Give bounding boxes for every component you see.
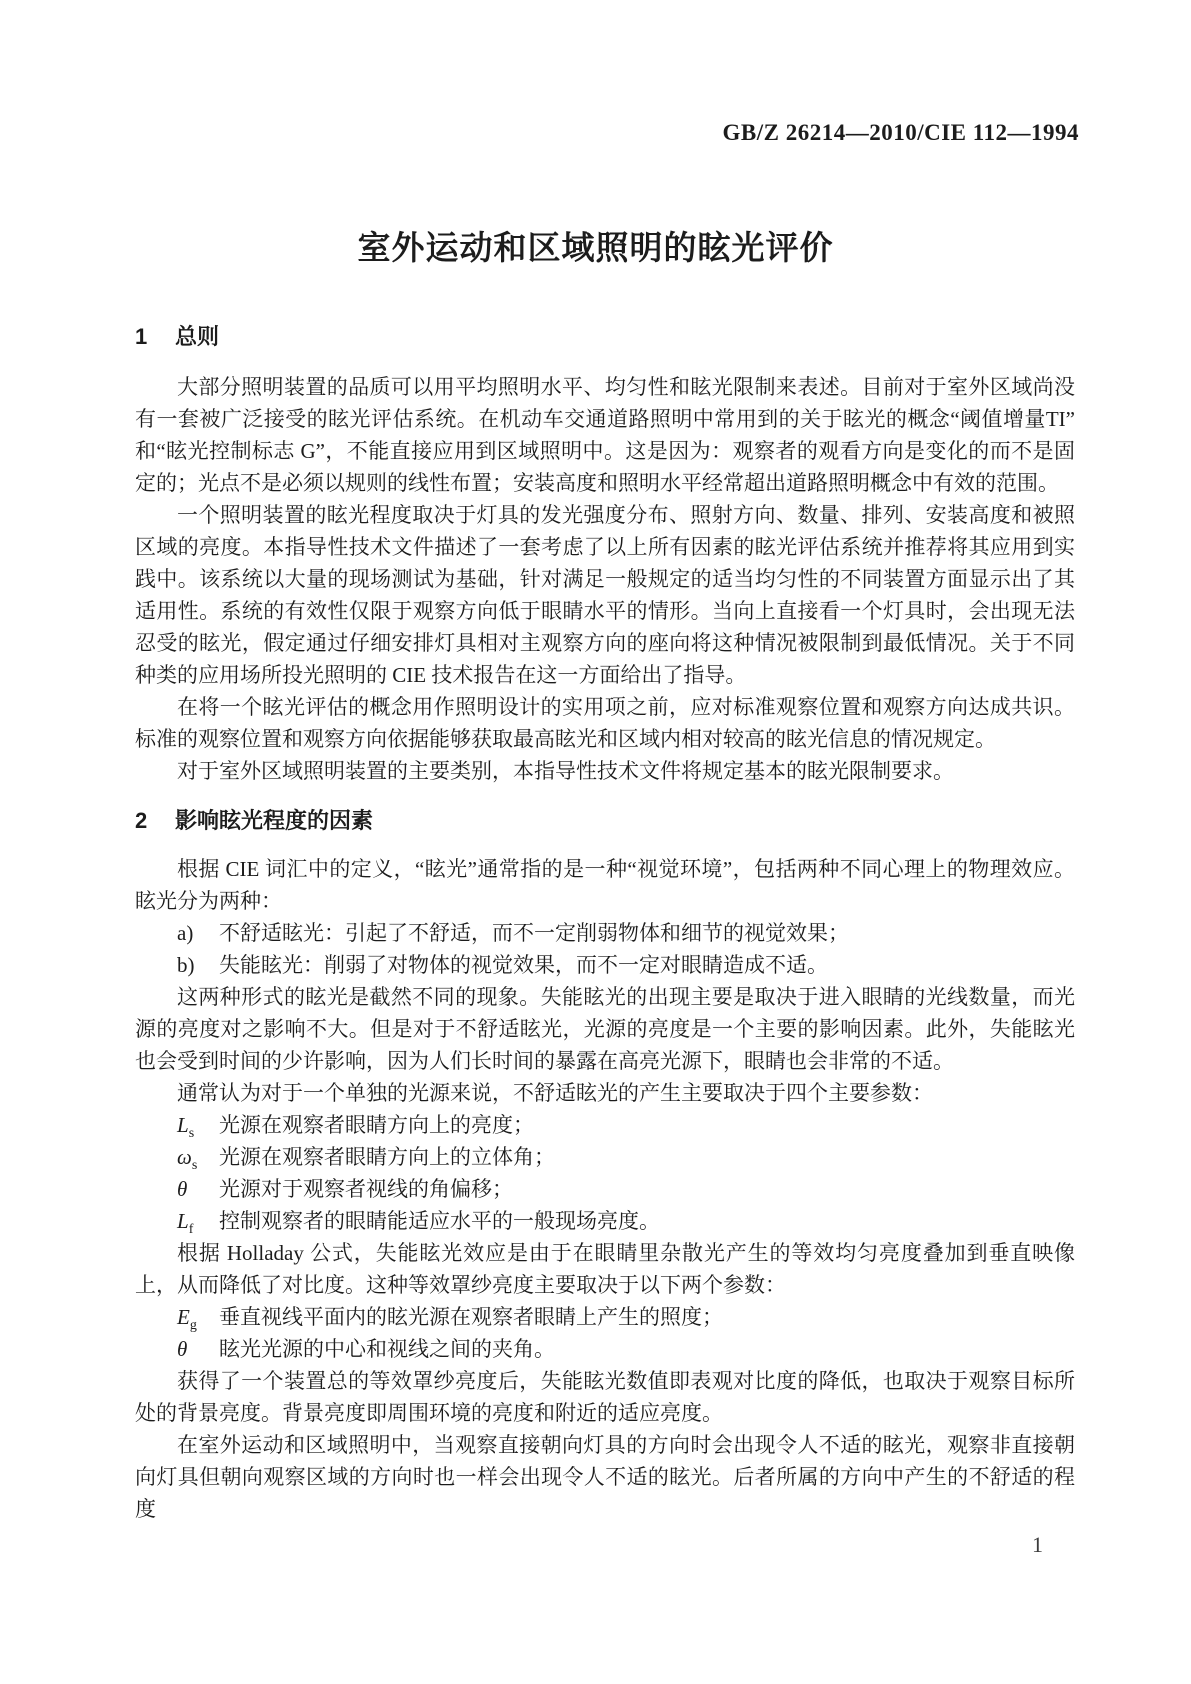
section-2-heading: 2影响眩光程度的因素 [135,805,1075,837]
param-illuminance-definition: 垂直视线平面内的眩光源在观察者眼睛上产生的照度； [219,1301,1075,1333]
glare-type-label-b: b) [177,949,219,981]
symbol-Ls: Ls [177,1109,219,1141]
param-angular-offset-definition: 光源对于观察者视线的角偏移； [219,1173,1075,1205]
paragraph-consensus: 在将一个眩光评估的概念用作照明设计的实用项之前，应对标准观察位置和观察方向达成共… [135,691,1075,755]
glare-type-text-b: 失能眩光：削弱了对物体的视觉效果，而不一定对眼睛造成不适。 [219,949,1075,981]
document-page: GB/Z 26214—2010/CIE 112—1994 室外运动和区域照明的眩… [0,0,1191,1684]
paragraph-contrast: 获得了一个装置总的等效罩纱亮度后，失能眩光数值即表观对比度的降低，也取决于观察目… [135,1365,1075,1429]
section-2-number: 2 [135,805,149,837]
param-glare-angle-definition: 眩光光源的中心和视线之间的夹角。 [219,1333,1075,1365]
param-solid-angle: ωs 光源在观察者眼睛方向上的立体角； [135,1141,1075,1173]
glare-type-text-a: 不舒适眩光：引起了不舒适，而不一定削弱物体和细节的视觉效果； [219,917,1075,949]
symbol-theta: θ [177,1173,219,1205]
symbol-Eg: Eg [177,1301,219,1333]
section-2-title: 影响眩光程度的因素 [175,808,373,833]
paragraph-quality: 大部分照明装置的品质可以用平均照明水平、均匀性和眩光限制来表述。目前对于室外区域… [135,371,1075,499]
glare-type-item-b: b) 失能眩光：削弱了对物体的视觉效果，而不一定对眼睛造成不适。 [135,949,1075,981]
param-angular-offset: θ 光源对于观察者视线的角偏移； [135,1173,1075,1205]
standard-code: GB/Z 26214—2010/CIE 112—1994 [723,120,1079,146]
document-body: 1总则 大部分照明装置的品质可以用平均照明水平、均匀性和眩光限制来表述。目前对于… [135,321,1075,1525]
paragraph-system: 一个照明装置的眩光程度取决于灯具的发光强度分布、照射方向、数量、排列、安装高度和… [135,499,1075,691]
paragraph-difference: 这两种形式的眩光是截然不同的现象。失能眩光的出现主要是取决于进入眼睛的光线数量，… [135,981,1075,1077]
paragraph-outdoor: 在室外运动和区域照明中，当观察直接朝向灯具的方向时会出现令人不适的眩光，观察非直… [135,1429,1075,1525]
section-1-number: 1 [135,321,149,353]
symbol-omega-s: ωs [177,1141,219,1173]
param-field-luminance: Lf 控制观察者的眼睛能适应水平的一般现场亮度。 [135,1205,1075,1237]
section-1-title: 总则 [175,324,219,349]
param-solid-angle-definition: 光源在观察者眼睛方向上的立体角； [219,1141,1075,1173]
param-luminance: Ls 光源在观察者眼睛方向上的亮度； [135,1109,1075,1141]
document-title: 室外运动和区域照明的眩光评价 [0,222,1191,269]
glare-type-label-a: a) [177,917,219,949]
symbol-theta-2: θ [177,1333,219,1365]
param-illuminance: Eg 垂直视线平面内的眩光源在观察者眼睛上产生的照度； [135,1301,1075,1333]
section-1-heading: 1总则 [135,321,1075,353]
glare-type-item-a: a) 不舒适眩光：引起了不舒适，而不一定削弱物体和细节的视觉效果； [135,917,1075,949]
paragraph-definition: 根据 CIE 词汇中的定义，“眩光”通常指的是一种“视觉环境”，包括两种不同心理… [135,853,1075,917]
param-luminance-definition: 光源在观察者眼睛方向上的亮度； [219,1109,1075,1141]
page-number: 1 [1032,1532,1043,1558]
paragraph-four-params: 通常认为对于一个单独的光源来说，不舒适眩光的产生主要取决于四个主要参数： [135,1077,1075,1109]
symbol-Lf: Lf [177,1205,219,1237]
param-glare-angle: θ 眩光光源的中心和视线之间的夹角。 [135,1333,1075,1365]
param-field-luminance-definition: 控制观察者的眼睛能适应水平的一般现场亮度。 [219,1205,1075,1237]
paragraph-holladay: 根据 Holladay 公式，失能眩光效应是由于在眼睛里杂散光产生的等效均匀亮度… [135,1237,1075,1301]
paragraph-categories: 对于室外区域照明装置的主要类别，本指导性技术文件将规定基本的眩光限制要求。 [135,755,1075,787]
